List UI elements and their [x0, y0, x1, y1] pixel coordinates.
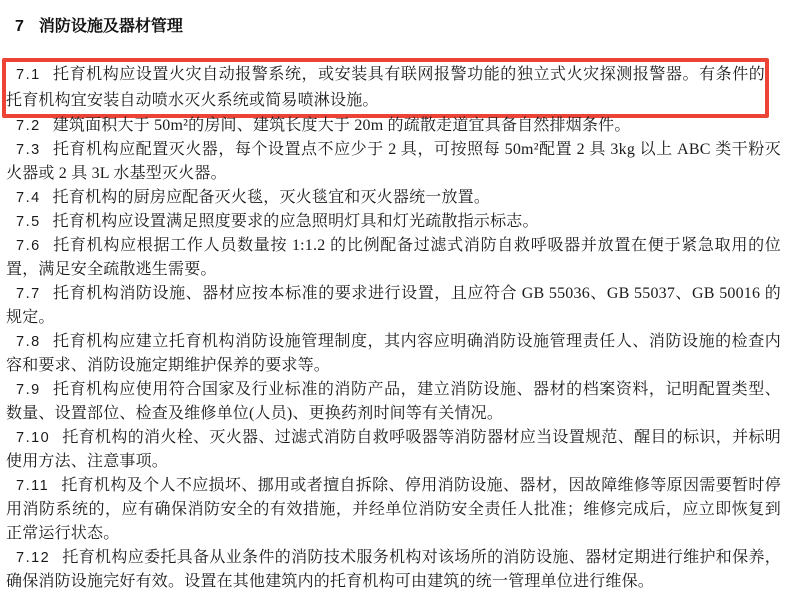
item-number: 7.11	[16, 478, 49, 494]
item-number: 7.7	[16, 286, 41, 302]
item-text: 托育机构应建立托育机构消防设施管理制度，其内容应明确消防设施管理责任人、消防设施…	[6, 333, 781, 374]
item-7.8: 7.8托育机构应建立托育机构消防设施管理制度，其内容应明确消防设施管理责任人、消…	[6, 330, 781, 378]
item-7.10: 7.10托育机构的消火栓、灭火器、过滤式消防自救呼吸器等消防器材应当设置规范、醒…	[6, 426, 781, 474]
item-number: 7.2	[16, 118, 41, 134]
item-7.6: 7.6托育机构应根据工作人员数量按 1:1.2 的比例配备过滤式消防自救呼吸器并…	[6, 234, 781, 282]
item-text: 托育机构应使用符合国家及行业标准的消防产品，建立消防设施、器材的档案资料，记明配…	[6, 381, 781, 422]
item-number: 7.3	[16, 142, 41, 158]
item-text: 托育机构应根据工作人员数量按 1:1.2 的比例配备过滤式消防自救呼吸器并放置在…	[6, 237, 781, 278]
item-text: 托育机构应委托具备从业条件的消防技术服务机构对该场所的消防设施、器材定期进行维护…	[6, 549, 781, 590]
section-number: 7	[15, 18, 24, 35]
item-7.11: 7.11托育机构及个人不应损坏、挪用或者擅自拆除、停用消防设施、器材，因故障维修…	[6, 474, 781, 546]
item-number: 7.6	[16, 238, 41, 254]
item-number: 7.4	[16, 190, 41, 206]
item-number: 7.5	[16, 214, 41, 230]
item-text: 托育机构的厨房应配备灭火毯，灭火毯宜和灭火器统一放置。	[53, 189, 490, 206]
item-7.2: 7.2建筑面积大于 50m²的房间、建筑长度大于 20m 的疏散走道宜具备自然排…	[6, 114, 781, 138]
item-7.4: 7.4托育机构的厨房应配备灭火毯，灭火毯宜和灭火器统一放置。	[6, 186, 781, 210]
item-number: 7.10	[16, 430, 50, 446]
items-list: 7.1托育机构应设置火灾自动报警系统，或安装具有联网报警功能的独立式火灾探测报警…	[6, 58, 781, 594]
document-page: 7消防设施及器材管理 7.1托育机构应设置火灾自动报警系统，或安装具有联网报警功…	[0, 0, 785, 615]
item-7.1: 7.1托育机构应设置火灾自动报警系统，或安装具有联网报警功能的独立式火灾探测报警…	[6, 62, 765, 114]
item-text: 托育机构的消火栓、灭火器、过滤式消防自救呼吸器等消防器材应当设置规范、醒目的标识…	[6, 429, 781, 470]
highlight-box: 7.1托育机构应设置火灾自动报警系统，或安装具有联网报警功能的独立式火灾探测报警…	[2, 58, 769, 118]
item-7.7: 7.7托育机构消防设施、器材应按本标准的要求进行设置，且应符合 GB 55036…	[6, 282, 781, 330]
item-text: 托育机构及个人不应损坏、挪用或者擅自拆除、停用消防设施、器材，因故障维修等原因需…	[6, 477, 781, 542]
item-number: 7.8	[16, 334, 41, 350]
item-text: 托育机构消防设施、器材应按本标准的要求进行设置，且应符合 GB 55036、GB…	[6, 285, 781, 326]
item-text: 托育机构应设置火灾自动报警系统，或安装具有联网报警功能的独立式火灾探测报警器。有…	[6, 66, 765, 109]
section-title: 消防设施及器材管理	[39, 18, 183, 35]
item-number: 7.12	[16, 550, 50, 566]
item-text: 托育机构应设置满足照度要求的应急照明灯具和灯光疏散指示标志。	[53, 213, 539, 230]
item-7.12: 7.12托育机构应委托具备从业条件的消防技术服务机构对该场所的消防设施、器材定期…	[6, 546, 781, 594]
item-7.3: 7.3托育机构应配置灭火器，每个设置点不应少于 2 具，可按照每 50m²配置 …	[6, 138, 781, 186]
item-7.5: 7.5托育机构应设置满足照度要求的应急照明灯具和灯光疏散指示标志。	[6, 210, 781, 234]
item-number: 7.1	[16, 67, 41, 83]
item-number: 7.9	[16, 382, 41, 398]
item-text: 建筑面积大于 50m²的房间、建筑长度大于 20m 的疏散走道宜具备自然排烟条件…	[53, 117, 631, 134]
item-7.9: 7.9托育机构应使用符合国家及行业标准的消防产品，建立消防设施、器材的档案资料，…	[6, 378, 781, 426]
section-heading: 7消防设施及器材管理	[15, 16, 781, 38]
item-text: 托育机构应配置灭火器，每个设置点不应少于 2 具，可按照每 50m²配置 2 具…	[6, 141, 781, 182]
